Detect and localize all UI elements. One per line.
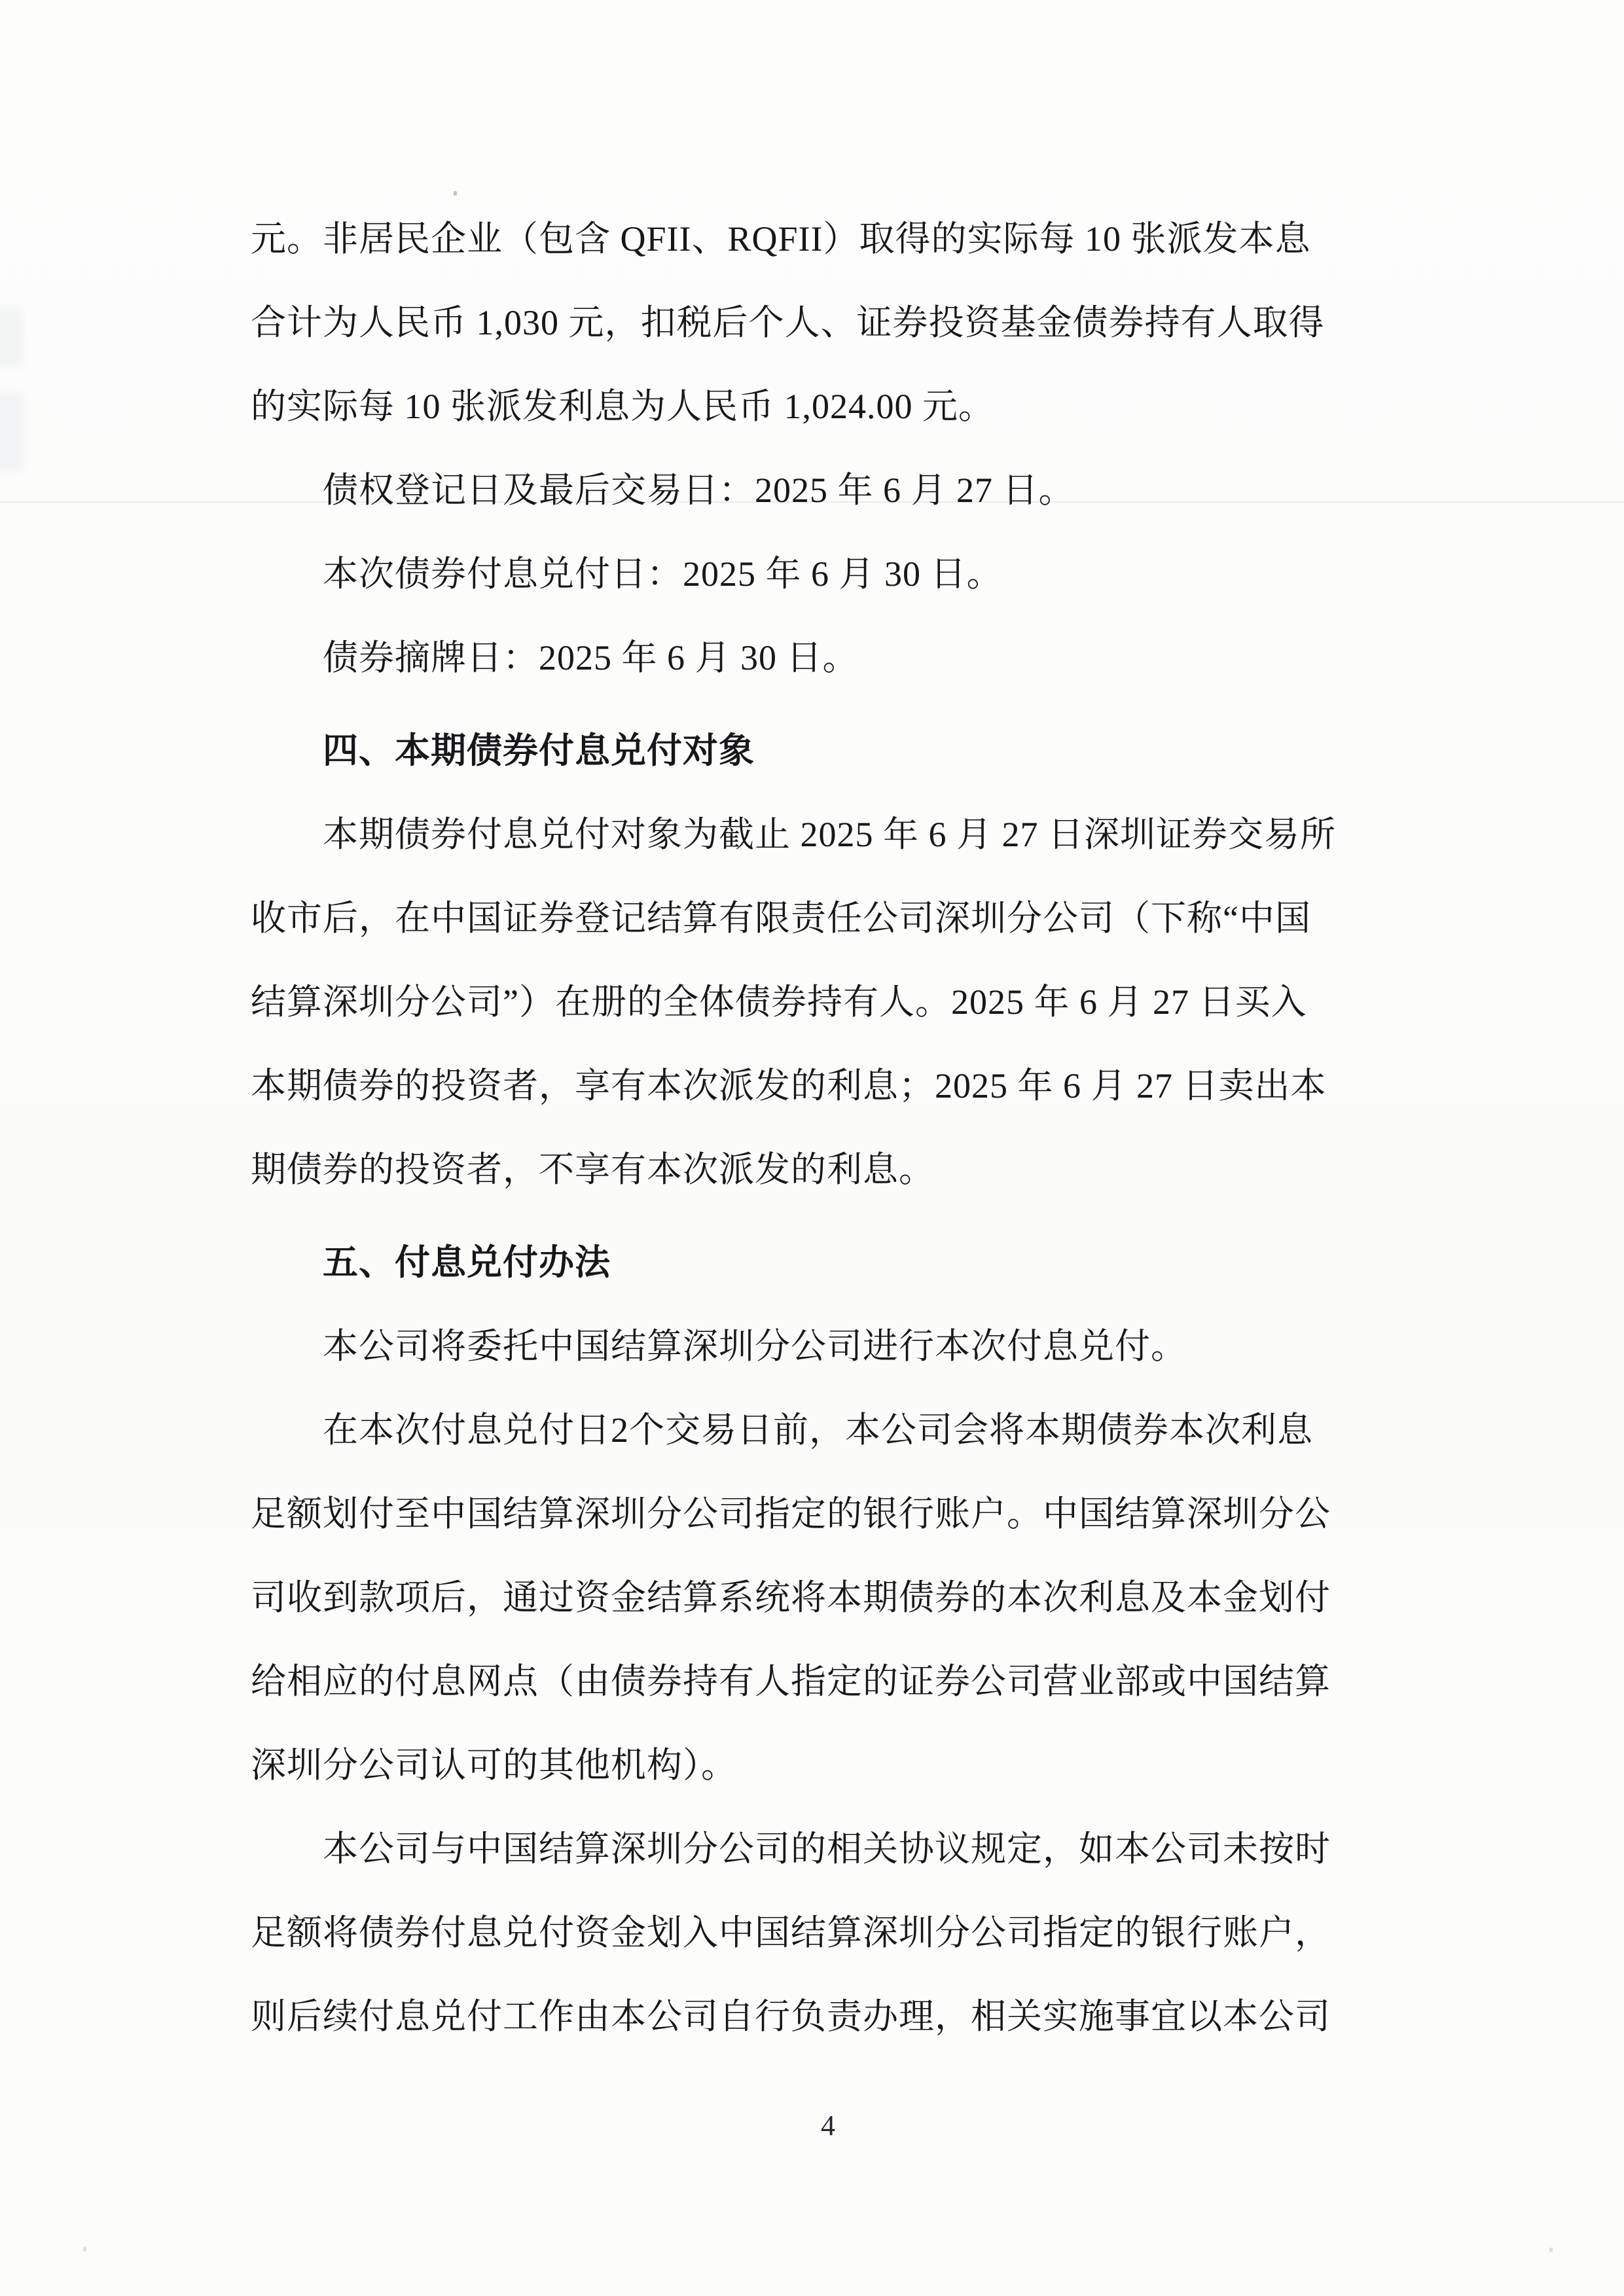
scan-artifact-ghost [0, 393, 24, 471]
text-line: 给相应的付息网点（由债券持有人指定的证券公司营业部或中国结算 [251, 1636, 1390, 1720]
text-line: 债券摘牌日：2025 年 6 月 30 日。 [251, 613, 1390, 696]
document-page: 元。非居民企业（包含 QFII、RQFII）取得的实际每 10 张派发本息 合计… [0, 0, 1624, 2296]
scan-artifact-ghost [0, 308, 22, 367]
scan-artifact-speck [83, 2247, 86, 2251]
text-line: 合计为人民币 1,030 元，扣税后个人、证券投资基金债券持有人取得 [251, 278, 1390, 361]
text-line: 本期债券付息兑付对象为截止 2025 年 6 月 27 日深圳证券交易所 [251, 789, 1390, 873]
text-line: 足额将债券付息兑付资金划入中国结算深圳分公司指定的银行账户， [251, 1888, 1390, 1971]
text-line: 本公司与中国结算深圳分公司的相关协议规定，如本公司未按时 [251, 1804, 1390, 1888]
section-heading-4: 四、本期债券付息兑付对象 [251, 706, 1390, 789]
text-line: 司收到款项后，通过资金结算系统将本期债券的本次利息及本金划付 [251, 1552, 1390, 1636]
text-line: 期债券的投资者，不享有本次派发的利息。 [251, 1124, 1390, 1208]
text-line: 深圳分公司认可的其他机构）。 [251, 1720, 1390, 1804]
text-line: 的实际每 10 张派发利息为人民币 1,024.00 元。 [251, 361, 1390, 445]
text-line: 足额划付至中国结算深圳分公司指定的银行账户。中国结算深圳分公 [251, 1469, 1390, 1552]
text-line: 在本次付息兑付日2个交易日前，本公司会将本期债券本次利息 [251, 1385, 1390, 1469]
text-line: 本公司将委托中国结算深圳分公司进行本次付息兑付。 [251, 1301, 1390, 1385]
section-heading-5: 五、付息兑付办法 [251, 1217, 1390, 1301]
text-line: 结算深圳分公司”）在册的全体债券持有人。2025 年 6 月 27 日买入 [251, 957, 1390, 1041]
text-line: 本期债券的投资者，享有本次派发的利息；2025 年 6 月 27 日卖出本 [251, 1041, 1390, 1124]
text-line: 本次债券付息兑付日：2025 年 6 月 30 日。 [251, 529, 1390, 613]
text-line: 收市后，在中国证券登记结算有限责任公司深圳分公司（下称“中国 [251, 873, 1390, 957]
document-body: 元。非居民企业（包含 QFII、RQFII）取得的实际每 10 张派发本息 合计… [251, 194, 1390, 2055]
page-number: 4 [0, 2109, 1624, 2142]
text-line: 债权登记日及最后交易日：2025 年 6 月 27 日。 [251, 445, 1390, 529]
text-line: 则后续付息兑付工作由本公司自行负责办理，相关实施事宜以本公司 [251, 1971, 1390, 2055]
scan-artifact-speck [1549, 2248, 1553, 2252]
text-line: 元。非居民企业（包含 QFII、RQFII）取得的实际每 10 张派发本息 [251, 194, 1390, 278]
